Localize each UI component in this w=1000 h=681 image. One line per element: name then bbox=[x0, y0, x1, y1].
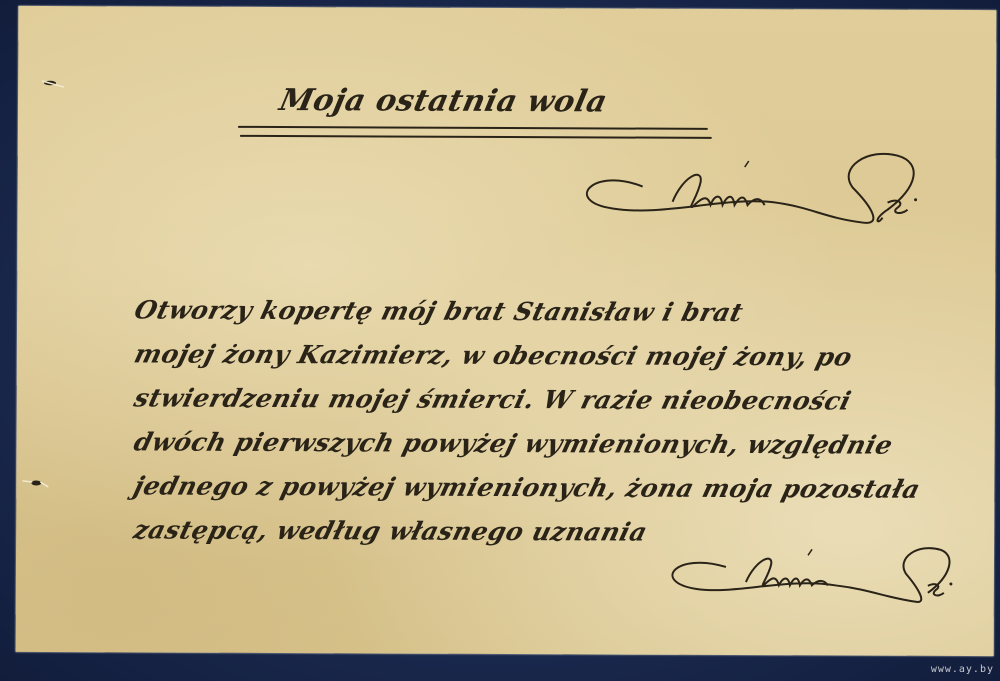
document-paper: Moja ostatnia wola Otworzy kopertę mój b… bbox=[16, 6, 997, 656]
signature-bottom bbox=[656, 537, 956, 618]
body-line: jednego z powyżej wymienionych, żona moj… bbox=[129, 464, 960, 512]
document-body: Otworzy kopertę mój brat Stanisław i bra… bbox=[134, 288, 955, 556]
watermark: www.ay.by bbox=[931, 664, 994, 675]
title-underline bbox=[238, 126, 708, 130]
body-line: Otworzy kopertę mój brat Stanisław i bra… bbox=[130, 288, 961, 336]
paper-tear-mark bbox=[22, 478, 52, 490]
title-underline bbox=[240, 135, 712, 139]
document-title: Moja ostatnia wola bbox=[276, 83, 610, 119]
body-line: stwierdzeniu mojej śmierci. W razie nieo… bbox=[129, 376, 960, 424]
paper-tear-mark bbox=[38, 78, 68, 90]
signature-top bbox=[572, 146, 932, 238]
body-line: dwóch pierwszych powyżej wymienionych, w… bbox=[129, 420, 960, 468]
body-line: mojej żony Kazimierz, w obecności mojej … bbox=[129, 332, 960, 380]
